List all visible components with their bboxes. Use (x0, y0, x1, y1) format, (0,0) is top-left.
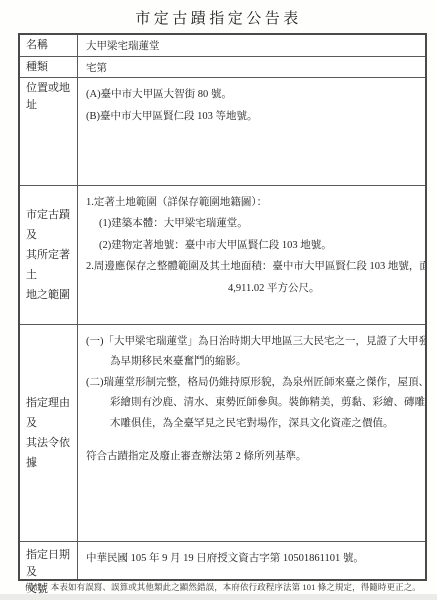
reason-line-4: 彩繪則有沙鹿、清水、東勢匠師參與。裝飾精美，剪黏、彩繪、磚雕、石雕、 (86, 393, 423, 413)
scope-line-3: (2)建物定著地號：臺中市大甲區賢仁段 103 地號。 (86, 235, 423, 256)
reason-legal-basis-line: 符合古蹟指定及廢止審查辦法第 2 條所列基準。 (86, 447, 423, 467)
reason-label-line-2: 其法令依據 (26, 433, 75, 473)
document-title: 市定古蹟指定公告表 (0, 7, 437, 28)
row-value-name: 大甲梁宅瑞蓮堂 (78, 35, 425, 56)
table-row-category: 種類 宅第 (20, 56, 425, 77)
row-label-location: 位置或地址 (20, 78, 78, 185)
reason-line-5: 木雕俱佳，為全臺罕見之民宅對場作，深具文化資產之價值。 (86, 414, 423, 434)
location-line-a: (A)臺中市大甲區大智街 80 號。 (86, 84, 423, 106)
reason-line-1: (一)「大甲梁宅瑞蓮堂」為日治時期大甲地區三大民宅之一，見證了大甲發展歷程， (86, 332, 423, 352)
scope-label-line-3: 地之範圍 (26, 285, 75, 305)
reason-line-2: 為早期移民來臺奮鬥的縮影。 (86, 352, 423, 372)
scope-line-5-area-value: 4,911.02 平方公尺。 (86, 278, 423, 299)
table-row-location: 位置或地址 (A)臺中市大甲區大智街 80 號。 (B)臺中市大甲區賢仁段 10… (20, 77, 425, 185)
row-value-date-number: 中華民國 105 年 9 月 19 日府授文資古字第 10501861101 號… (78, 542, 425, 579)
scope-line-1: 1.定著土地範圍（詳保存範圍地籍圖）： (86, 192, 423, 213)
row-value-category: 宅第 (78, 57, 425, 77)
scope-label-line-1: 市定古蹟及 (26, 205, 75, 245)
row-value-scope: 1.定著土地範圍（詳保存範圍地籍圖）： (1)建築本體：大甲梁宅瑞蓮堂。 (2)… (78, 186, 425, 324)
row-label-name: 名稱 (20, 35, 78, 56)
scope-line-2: (1)建築本體：大甲梁宅瑞蓮堂。 (86, 213, 423, 234)
designation-announcement-table: 名稱 大甲梁宅瑞蓮堂 種類 宅第 位置或地址 (A)臺中市大甲區大智街 80 號… (18, 33, 427, 581)
scanned-document-page: 市定古蹟指定公告表 名稱 大甲梁宅瑞蓮堂 種類 宅第 位置或地址 (A)臺中市大… (0, 0, 437, 600)
scope-label-line-2: 其所定著土 (26, 245, 75, 285)
scope-line-4: 2.周邊應保存之整體範圍及其土地面積：臺中市大甲區賢仁段 103 地號，面積約為 (86, 256, 423, 277)
row-value-location: (A)臺中市大甲區大智街 80 號。 (B)臺中市大甲區賢仁段 103 等地號。 (78, 78, 425, 185)
reason-label-line-1: 指定理由及 (26, 393, 75, 433)
row-label-date-number: 指定日期及 文號 (20, 542, 78, 579)
row-value-reason: (一)「大甲梁宅瑞蓮堂」為日治時期大甲地區三大民宅之一，見證了大甲發展歷程， 為… (78, 325, 425, 541)
scan-artifact-band (0, 594, 437, 600)
table-row-date-number: 指定日期及 文號 中華民國 105 年 9 月 19 日府授文資古字第 1050… (20, 541, 425, 579)
table-row-reason: 指定理由及 其法令依據 (一)「大甲梁宅瑞蓮堂」為日治時期大甲地區三大民宅之一，… (20, 324, 425, 541)
table-row-scope: 市定古蹟及 其所定著土 地之範圍 1.定著土地範圍（詳保存範圍地籍圖）： (1)… (20, 185, 425, 324)
row-label-scope: 市定古蹟及 其所定著土 地之範圍 (20, 186, 78, 324)
footnote-remark: 備註：本表如有誤寫、誤算或其他類此之顯然錯誤，本府依行政程序法第 101 條之規… (25, 581, 430, 593)
table-row-name: 名稱 大甲梁宅瑞蓮堂 (20, 35, 425, 56)
reason-line-3: (二)瑞蓮堂形制完整，格局仍維持原形貌，為泉州匠師來臺之傑作，屋頂、剪黏、 (86, 373, 423, 393)
row-label-category: 種類 (20, 57, 78, 77)
row-label-reason: 指定理由及 其法令依據 (20, 325, 78, 541)
location-line-b: (B)臺中市大甲區賢仁段 103 等地號。 (86, 106, 423, 128)
date-label-line-1: 指定日期及 (26, 547, 75, 581)
